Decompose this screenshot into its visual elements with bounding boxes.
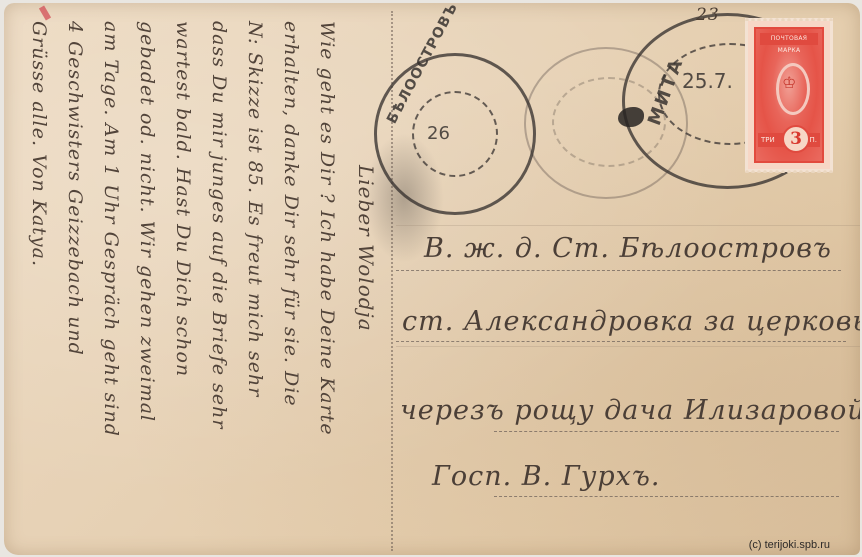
postcard: Wie geht es Dir ? Ich habe Deine Karte e… (4, 3, 860, 555)
address-line-2: ст. Александровка за церковь (402, 306, 860, 337)
address-rule (494, 431, 839, 432)
address-line-3: черезъ рощу дача Илизаровой (400, 395, 860, 426)
salutation: Lieber Wolodja (354, 165, 378, 332)
postmark-beloostrov-date: 26 (427, 123, 450, 144)
postmark-beloostrov-inner (412, 91, 498, 177)
postmark-mita-date: 25.7. (682, 69, 733, 93)
faint-rule (396, 346, 860, 347)
stamp-perforation (744, 17, 834, 21)
address-line-1: В. ж. д. Ст. Бѣлоостровъ (424, 233, 832, 264)
stamp-value-left: ТРИ (761, 136, 775, 144)
message-line: am Tage. Am 1 Uhr Gespräch geht sind (100, 21, 122, 437)
watermark: (c) terijoki.spb.ru (749, 539, 830, 551)
message-line: N: Skizze ist 85. Es freut mich sehr (244, 21, 266, 397)
postage-stamp: ПОЧТОВАЯ МАРКА ♔ ТРИ КОП. 3 (748, 21, 830, 169)
message-line: gebadet od. nicht. Wir gehen zweimal (136, 21, 158, 422)
address-rule (494, 496, 839, 497)
stamp-design: ПОЧТОВАЯ МАРКА ♔ ТРИ КОП. 3 (754, 27, 824, 163)
eagle-icon: ♔ (782, 73, 796, 92)
address-rule (396, 270, 841, 271)
message-line: erhalten, danke Dir sehr für sie. Die (280, 21, 302, 407)
stamp-perforation (744, 169, 834, 173)
message-line: 4 Geschwisters Geizzebach und (64, 21, 86, 356)
faint-rule (396, 225, 860, 226)
pencil-mark (39, 5, 51, 20)
address-rule (396, 341, 846, 342)
postmark-mita-extra: 23 (696, 5, 720, 25)
message-line: wartest bald. Hast Du Dich schon (172, 21, 194, 377)
message-line: dass Du mir junges auf die Briefe sehr (208, 21, 230, 429)
message-line: Grüsse alle. Von Katya. (28, 21, 50, 267)
message-line: Wie geht es Dir ? Ich habe Deine Karte (316, 21, 338, 436)
address-line-4: Госп. В. Гурхъ. (432, 461, 660, 492)
stamp-header: ПОЧТОВАЯ МАРКА (760, 33, 818, 45)
stamp-value: 3 (782, 125, 810, 153)
